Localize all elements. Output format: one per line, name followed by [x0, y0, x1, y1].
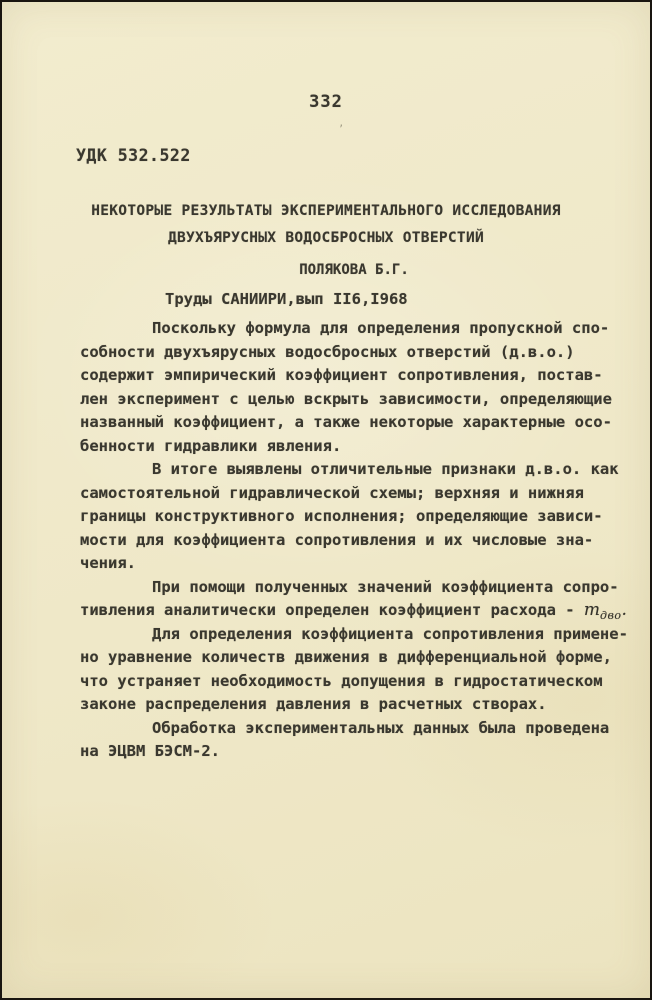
abstract-line: лен эксперимент с целью вскрыть зависимо…	[80, 388, 622, 412]
abstract-line: бенности гидравлики явления.	[80, 435, 622, 459]
scanned-abstract-page: 332 ’ УДК 532.522 НЕКОТОРЫЕ РЕЗУЛЬТАТЫ Э…	[0, 0, 652, 1000]
formula-subscript: дво	[600, 609, 622, 622]
formula-base: m	[584, 600, 600, 620]
abstract-line: чения.	[80, 552, 622, 576]
discharge-coefficient-formula: mдво.	[584, 600, 627, 620]
abstract-line: Обработка экспериментальных данных была …	[80, 717, 622, 741]
article-title-line2: ДВУХЪЯРУСНЫХ ВОДОСБРОСНЫХ ОТВЕРСТИЙ	[2, 225, 650, 252]
abstract-line: но уравнение количеств движения в диффер…	[80, 646, 622, 670]
page-number: 332	[2, 92, 650, 112]
abstract-line: границы конструктивного исполнения; опре…	[80, 505, 622, 529]
abstract-line: что устраняет необходимость допущения в …	[80, 670, 622, 694]
source-reference: Труды САНИИРИ,вып II6,I968	[165, 290, 408, 308]
formula-prefix-text: тивления аналитически определен коэффици…	[80, 601, 584, 619]
abstract-line-with-formula: тивления аналитически определен коэффици…	[80, 599, 622, 623]
article-title: НЕКОТОРЫЕ РЕЗУЛЬТАТЫ ЭКСПЕРИМЕНТАЛЬНОГО …	[2, 198, 650, 252]
abstract-line: мости для коэффициента сопротивления и и…	[80, 529, 622, 553]
abstract-line: В итоге выявлены отличительные признаки …	[80, 458, 622, 482]
abstract-line: самостоятельной гидравлической схемы; ве…	[80, 482, 622, 506]
abstract-line: Для определения коэффициента сопротивлен…	[80, 623, 622, 647]
article-title-line1: НЕКОТОРЫЕ РЕЗУЛЬТАТЫ ЭКСПЕРИМЕНТАЛЬНОГО …	[2, 198, 650, 225]
abstract-text: Поскольку формула для определения пропус…	[80, 317, 622, 764]
udc-code: УДК 532.522	[76, 146, 191, 165]
abstract-line: названный коэффициент, а также некоторые…	[80, 411, 622, 435]
abstract-line: содержит эмпирический коэффициент сопрот…	[80, 364, 622, 388]
abstract-line: Поскольку формула для определения пропус…	[80, 317, 622, 341]
abstract-line: При помощи полученных значений коэффицие…	[80, 576, 622, 600]
scan-speck: ’	[338, 124, 344, 135]
abstract-line: на ЭЦВМ БЭСМ-2.	[80, 740, 622, 764]
author-name: ПОЛЯКОВА Б.Г.	[2, 262, 650, 278]
abstract-line: законе распределения давления в расчетны…	[80, 693, 622, 717]
formula-period: .	[622, 600, 627, 620]
abstract-line: собности двухъярусных водосбросных отвер…	[80, 341, 622, 365]
